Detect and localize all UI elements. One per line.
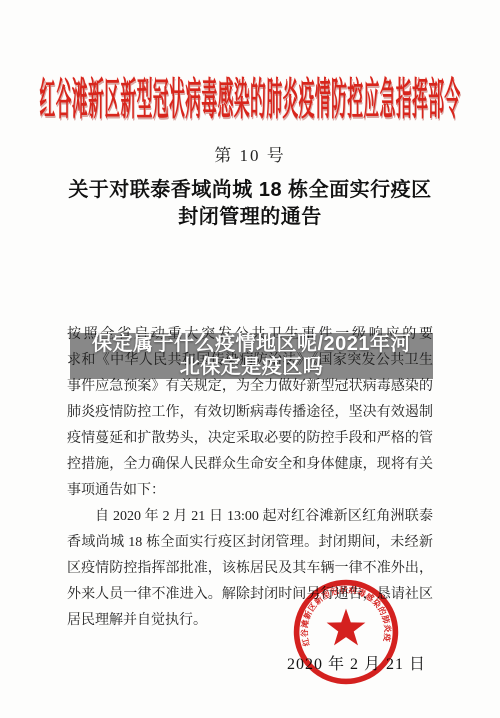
official-seal-stamp: 红谷滩新区新型冠状病毒感染的肺炎疫情防控应急指挥部: [292, 578, 400, 686]
header-banner: 红谷滩新区新型冠状病毒感染的肺炎疫情防控应急指挥部令: [0, 72, 500, 128]
doc-title-line2: 封闭管理的通告: [0, 204, 500, 231]
body-line: 事项通告如下：: [67, 478, 433, 504]
body-line: 疫情蔓延和扩散势头，决定采取必要的防控手段和严格的管: [67, 426, 433, 452]
body-line: 自 2020 年 2 月 21 日 13:00 起对红谷滩新区红角洲联泰: [67, 504, 433, 530]
body-line: 香域尚城 18 栋全面实行疫区封闭管理。封闭期间，未经新: [67, 530, 433, 556]
caption-overlay-line1: 保定属于什么疫情地区呢/2021年河: [70, 333, 433, 356]
body-line: 肺炎疫情防控工作，有效切断病毒传播途径，坚决有效遏制: [67, 400, 433, 426]
red-star-icon: [327, 609, 366, 646]
doc-number: 第 10 号: [0, 141, 500, 166]
caption-overlay: 保定属于什么疫情地区呢/2021年河 北保定是疫区吗: [70, 333, 433, 379]
doc-title-line1: 关于对联泰香域尚城 18 栋全面实行疫区: [0, 177, 500, 204]
body-line: 控措施，全力确保人民群众生命安全和身体健康，现将有关: [67, 452, 433, 478]
header-banner-text: 红谷滩新区新型冠状病毒感染的肺炎疫情防控应急指挥部令: [39, 78, 460, 122]
document-page: 红谷滩新区新型冠状病毒感染的肺炎疫情防控应急指挥部令 第 10 号 关于对联泰香…: [0, 0, 500, 718]
doc-title: 关于对联泰香域尚城 18 栋全面实行疫区 封闭管理的通告: [0, 177, 500, 231]
caption-overlay-line2: 北保定是疫区吗: [70, 356, 433, 379]
